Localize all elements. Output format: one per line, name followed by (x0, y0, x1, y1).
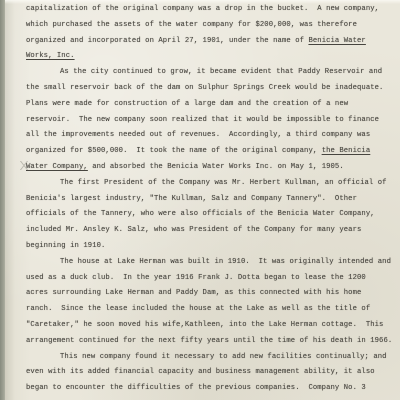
text-run: capitalization of the original company w… (26, 5, 379, 13)
scanned-document-page: capitalization of the original company w… (0, 0, 400, 400)
text-line: beginning in 1910. (26, 239, 396, 255)
text-line: began to encounter the difficulties of t… (26, 381, 396, 397)
text-run: officials of the Tannery, who were also … (26, 210, 375, 218)
text-line: Benicia's largest industry, "The Kullman… (26, 192, 396, 208)
text-line: the small reservoir back of the dam on S… (26, 81, 396, 97)
text-run: Benicia's largest industry, "The Kullman… (26, 195, 357, 203)
text-line: included Mr. Ansley K. Salz, who was Pre… (26, 223, 396, 239)
text-run: The first President of the Company was M… (60, 179, 387, 187)
text-line: organized and incorporated on April 27, … (26, 34, 396, 50)
text-run: organized for $500,000. It took the name… (26, 147, 322, 155)
text-run: the small reservoir back of the dam on S… (26, 84, 383, 92)
underlined-company-name: Benicia Water (308, 37, 365, 45)
text-line: Water Company, and absorbed the Benicia … (26, 160, 396, 176)
text-run: ranch. Since the lease included the hous… (26, 305, 370, 313)
text-line: "Caretaker," he soon moved his wife,Kath… (26, 318, 396, 334)
text-line: reservoir. The new company soon realized… (26, 113, 396, 129)
text-run: organized and incorporated on April 27, … (26, 37, 308, 45)
text-run: The house at Lake Herman was built in 19… (60, 258, 391, 266)
text-run: As the city continued to grow, it became… (60, 68, 382, 76)
text-run: acres surrounding Lake Herman and Paddy … (26, 289, 361, 297)
text-run: Plans were made for construction of a la… (26, 100, 348, 108)
text-run: included Mr. Ansley K. Salz, who was Pre… (26, 226, 361, 234)
text-line: capitalization of the original company w… (26, 2, 396, 18)
text-line: The house at Lake Herman was built in 19… (26, 255, 396, 271)
paper-sheet: capitalization of the original company w… (5, 0, 400, 400)
text-run: all the improvements needed out of reven… (26, 131, 370, 139)
text-line: acres surrounding Lake Herman and Paddy … (26, 286, 396, 302)
text-run: even with its added financial capacity a… (26, 368, 375, 376)
smudge-mark (20, 161, 28, 170)
text-line: arrangement continued for the next fifty… (26, 334, 396, 350)
text-line: This new company found it necessary to a… (26, 350, 396, 366)
underlined-company-name: the Benicia (322, 147, 371, 155)
text-run: This new company found it necessary to a… (60, 353, 387, 361)
text-line: Works, Inc. (26, 49, 396, 65)
text-line: which purchased the assets of the water … (26, 18, 396, 34)
text-run: reservoir. The new company soon realized… (26, 116, 379, 124)
underlined-company-name: Water Company, (26, 163, 88, 171)
text-line: officials of the Tannery, who were also … (26, 207, 396, 223)
text-line: ranch. Since the lease included the hous… (26, 302, 396, 318)
text-run: used as a duck club. In the year 1916 Fr… (26, 274, 366, 282)
text-line: The first President of the Company was M… (26, 176, 396, 192)
text-run: began to encounter the difficulties of t… (26, 384, 366, 392)
text-run: which purchased the assets of the water … (26, 21, 357, 29)
underlined-company-name: Works, Inc. (26, 52, 75, 60)
text-line: used as a duck club. In the year 1916 Fr… (26, 271, 396, 287)
text-line: organized for $500,000. It took the name… (26, 144, 396, 160)
text-line: even with its added financial capacity a… (26, 365, 396, 381)
document-text: capitalization of the original company w… (26, 2, 396, 397)
text-run: "Caretaker," he soon moved his wife,Kath… (26, 321, 383, 329)
text-run: beginning in 1910. (26, 242, 105, 250)
text-line: all the improvements needed out of reven… (26, 128, 396, 144)
text-run: arrangement continued for the next fifty… (26, 337, 392, 345)
text-run: and absorbed the Benicia Water Works Inc… (88, 163, 344, 171)
text-line: As the city continued to grow, it became… (26, 65, 396, 81)
text-line: Plans were made for construction of a la… (26, 97, 396, 113)
